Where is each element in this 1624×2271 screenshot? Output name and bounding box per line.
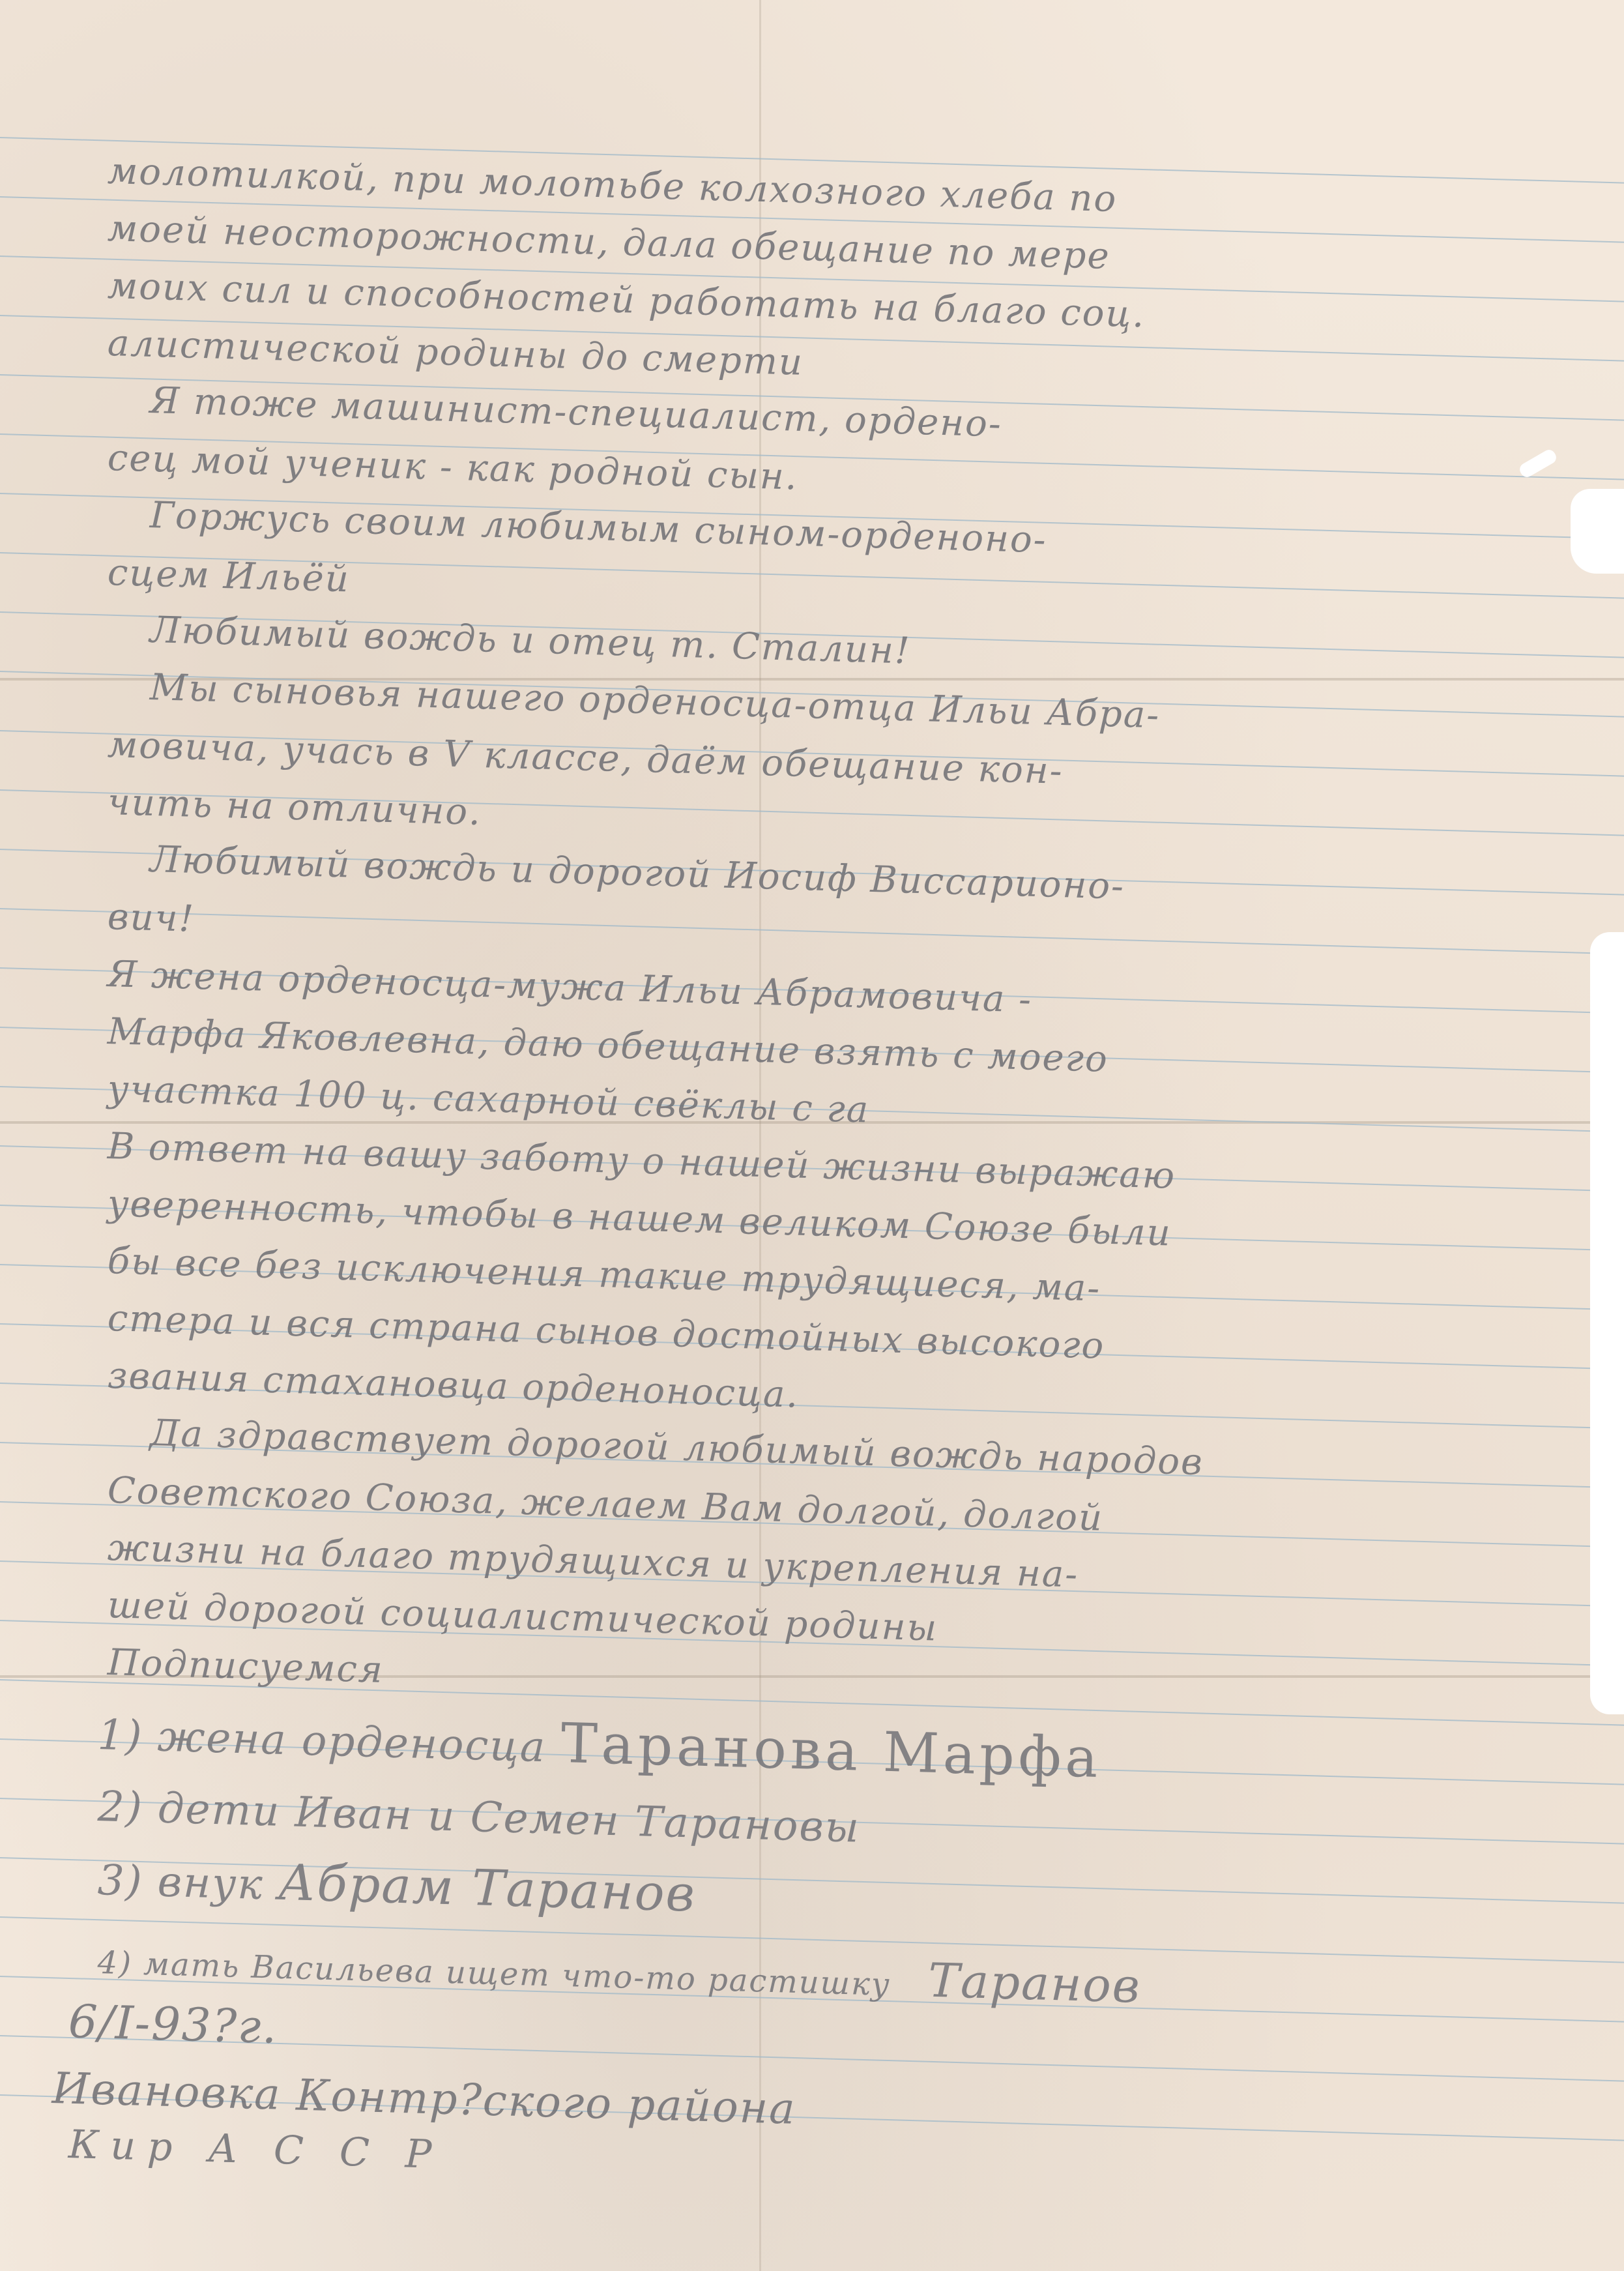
letter-date: 6/I-93?г. — [68, 1995, 279, 2054]
letter-line: Подписуемся — [107, 1641, 384, 1692]
letter-line: Да здравствует дорогой любимый вождь нар… — [149, 1412, 1204, 1484]
letter-line: молотилкой, при молотьбе колхозного хлеб… — [107, 150, 1118, 220]
letter-line: алистической родины до смерти — [107, 322, 804, 384]
letter-line: Марфа Яковлевна, даю обещание взять с мо… — [107, 1010, 1109, 1081]
letter-line: жизни на благо трудящихся и укрепления н… — [107, 1527, 1079, 1596]
letter-line: сец мой ученик - как родной сын. — [107, 437, 798, 499]
letter-line: чить на отлично. — [107, 781, 482, 834]
letter-line: моих сил и способностей работать на благ… — [107, 265, 1146, 336]
letter-body: молотилкой, при молотьбе колхозного хлеб… — [0, 0, 1624, 2271]
letter-line: Советского Союза, желаем Вам долгой, дол… — [107, 1469, 1104, 1540]
letter-line: Я тоже машинист-специалист, ордено- — [149, 379, 1003, 446]
letter-line: стера и вся страна сынов достойных высок… — [107, 1297, 1105, 1368]
letter-line: мовича, учась в V классе, даём обещание … — [107, 724, 1064, 793]
letter-line: Горжусь своим любимым сыном-орденоно- — [149, 494, 1047, 561]
letter-line: Любимый вождь и дорогой Иосиф Виссарионо… — [149, 838, 1125, 908]
letter-line: Любимый вождь и отец т. Сталин! — [149, 609, 911, 673]
letter-line: сцем Ильёй — [107, 551, 351, 600]
letter-line: участка 100 ц. сахарной свёклы с га — [107, 1068, 870, 1132]
letter-line: звания стахановца орденоносца. — [107, 1355, 800, 1416]
letter-line: моей неосторожности, дала обещание по ме… — [107, 207, 1110, 278]
letter-line: бы все без исключения такие трудящиеся, … — [107, 1240, 1101, 1310]
letter-line: Я жена орденосца-мужа Ильи Абрамовича - — [107, 953, 1033, 1021]
letter-line: шей дорогой социалистической родины — [107, 1584, 938, 1650]
letter-line: Мы сыновья нашего орденосца-отца Ильи Аб… — [149, 666, 1161, 737]
letter-line: вич! — [107, 896, 196, 941]
